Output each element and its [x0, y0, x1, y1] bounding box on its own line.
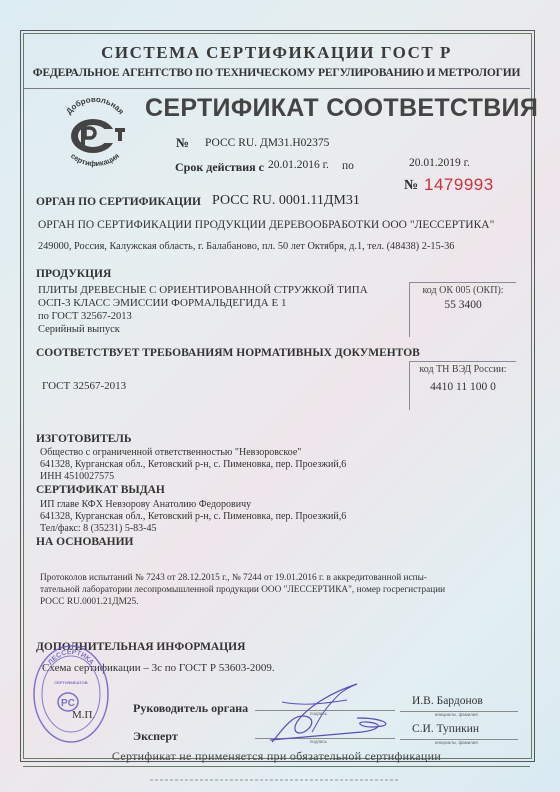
- issued-to-line: ИП главе КФХ Невзорову Анатолию Федорови…: [40, 499, 346, 511]
- product-label: ПРОДУКЦИЯ: [36, 268, 111, 280]
- manufacturer-line: Общество с ограниченной ответственностью…: [40, 447, 346, 459]
- cert-body-address: 249000, Россия, Калужская область, г. Ба…: [38, 241, 454, 252]
- header-divider: [23, 88, 530, 89]
- okp-code-value: 55 3400: [410, 299, 516, 311]
- manufacturer-details: Общество с ограниченной ответственностью…: [40, 447, 346, 483]
- certificate-number-label: №: [176, 135, 189, 151]
- expert-label: Эксперт: [133, 729, 178, 744]
- valid-from: 20.01.2016 г.: [268, 159, 329, 171]
- compliance-standard: ГОСТ 32567-2013: [42, 380, 126, 392]
- validity-label: Срок действия с: [175, 160, 264, 175]
- tnved-code-label: код ТН ВЭД России:: [410, 364, 516, 375]
- valid-to: 20.01.2019 г.: [409, 157, 470, 169]
- manufacturer-line: ИНН 4510027575: [40, 471, 346, 483]
- product-description: ПЛИТЫ ДРЕВЕСНЫЕ С ОРИЕНТИРОВАННОЙ СТРУЖК…: [38, 284, 368, 336]
- compliance-label: СООТВЕТСТВУЕТ ТРЕБОВАНИЯМ НОРМАТИВНЫХ ДО…: [36, 347, 420, 359]
- printer-imprint-line: [150, 779, 400, 781]
- product-line: ПЛИТЫ ДРЕВЕСНЫЕ С ОРИЕНТИРОВАННОЙ СТРУЖК…: [38, 284, 368, 297]
- expert-name: С.И. Тупикин: [412, 723, 479, 735]
- okp-code-box: код ОК 005 (ОКП): 55 3400: [409, 282, 516, 337]
- cert-body-code: РОСС RU. 0001.11ДМ31: [212, 193, 360, 209]
- certificate-number: РОСС RU. ДМ31.Н02375: [205, 137, 329, 149]
- manufacturer-label: ИЗГОТОВИТЕЛЬ: [36, 433, 131, 445]
- product-line: по ГОСТ 32567-2013: [38, 310, 368, 323]
- expert-name-caption: инициалы, фамилия: [435, 740, 478, 745]
- bottom-border-line: [23, 766, 530, 767]
- agency-name: ФЕДЕРАЛЬНОЕ АГЕНТСТВО ПО ТЕХНИЧЕСКОМУ РЕ…: [23, 67, 530, 79]
- basis-line: тательной лаборатории лесопромышленной п…: [40, 584, 445, 596]
- valid-to-label: по: [342, 160, 354, 172]
- issued-to-line: Тел/факс: 8 (35231) 5-83-45: [40, 523, 346, 535]
- tnved-code-box: код ТН ВЭД России: 4410 11 100 0: [409, 361, 516, 410]
- cert-body-label: ОРГАН ПО СЕРТИФИКАЦИИ: [36, 196, 201, 208]
- basis-line: РОСС RU.0001.21ДМ25.: [40, 596, 445, 608]
- certification-system-title: СИСТЕМА СЕРТИФИКАЦИИ ГОСТ Р: [23, 43, 530, 63]
- product-line: Серийный выпуск: [38, 323, 368, 336]
- issued-to-details: ИП главе КФХ Невзорову Анатолию Федорови…: [40, 499, 346, 535]
- head-name: И.В. Бардонов: [412, 695, 483, 707]
- footer-note: Сертификат не применяется при обязательн…: [23, 749, 530, 764]
- serial-number: 1479993: [424, 175, 494, 195]
- okp-code-label: код ОК 005 (ОКП):: [410, 285, 516, 296]
- basis-line: Протоколов испытаний № 7243 от 28.12.201…: [40, 572, 445, 584]
- round-seal-stamp-icon: ЛЕССЕРТИКА СЕРТИФИКАТОВ PC: [32, 644, 110, 744]
- certificate-title: СЕРТИФИКАТ СООТВЕТСТВИЯ: [145, 94, 538, 123]
- issued-to-label: СЕРТИФИКАТ ВЫДАН: [36, 484, 165, 496]
- cert-body-name: ОРГАН ПО СЕРТИФИКАЦИИ ПРОДУКЦИИ ДЕРЕВООБ…: [38, 219, 494, 231]
- tnved-code-value: 4410 11 100 0: [410, 381, 516, 393]
- product-line: ОСП-3 КЛАСС ЭМИССИИ ФОРМАЛЬДЕГИДА Е 1: [38, 297, 368, 310]
- manufacturer-line: 641328, Курганская обл., Кетовский р-н, …: [40, 459, 346, 471]
- svg-text:сертификация: сертификация: [69, 151, 121, 168]
- issued-to-line: 641328, Курганская обл., Кетовский р-н, …: [40, 511, 346, 523]
- basis-text: Протоколов испытаний № 7243 от 28.12.201…: [40, 572, 445, 608]
- rst-logo-icon: Добровольная сертификация: [55, 98, 135, 168]
- svg-text:PC: PC: [61, 698, 75, 709]
- svg-text:СЕРТИФИКАТОВ: СЕРТИФИКАТОВ: [54, 680, 87, 685]
- serial-number-label: №: [404, 178, 418, 194]
- handwritten-signature-icon: [262, 682, 397, 747]
- head-of-body-label: Руководитель органа: [133, 701, 248, 716]
- head-name-caption: инициалы, фамилия: [435, 712, 478, 717]
- svg-text:Добровольная: Добровольная: [64, 98, 126, 116]
- basis-label: НА ОСНОВАНИИ: [36, 536, 134, 548]
